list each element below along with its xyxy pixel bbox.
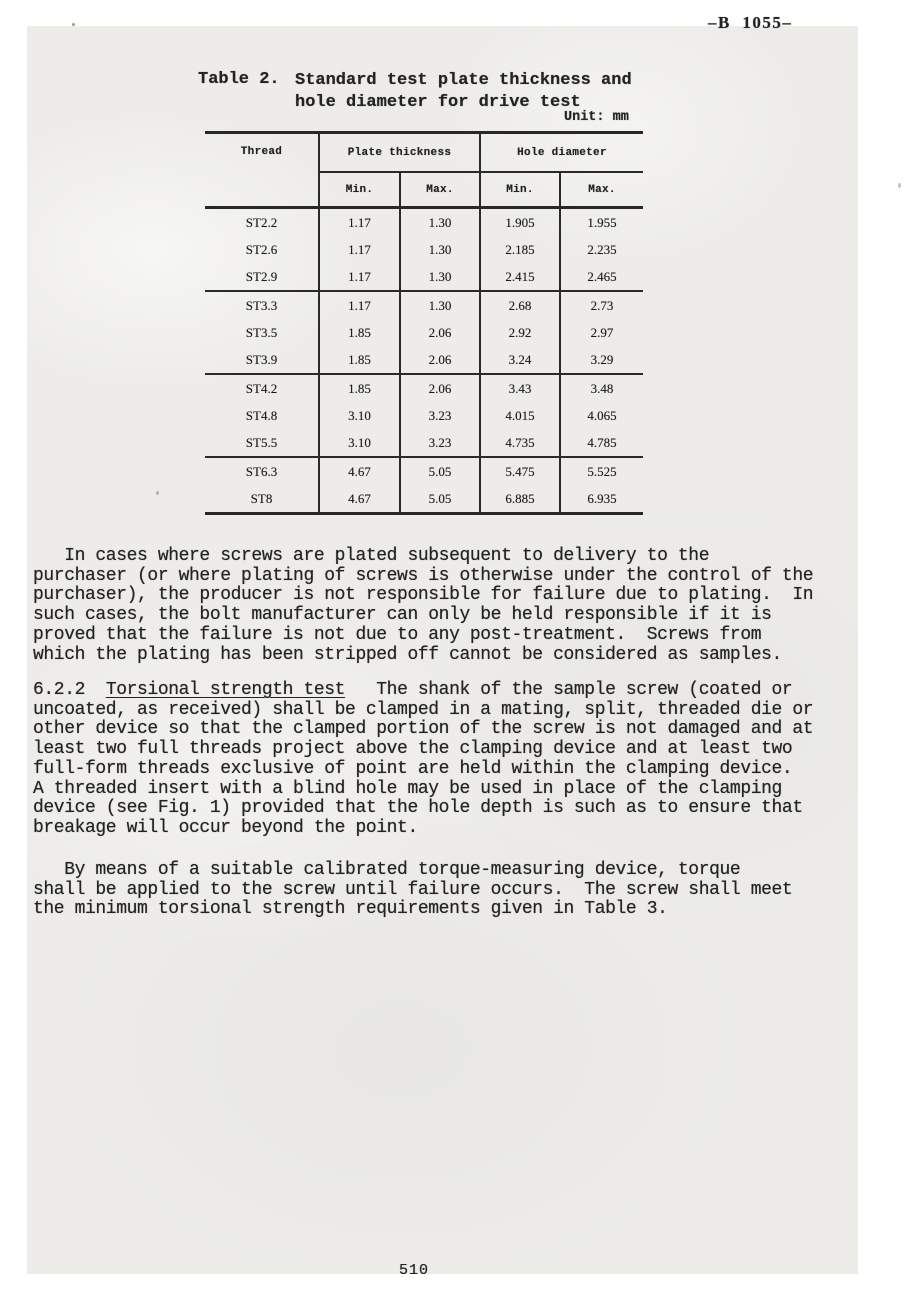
thread-cell: ST2.9 (205, 263, 319, 291)
table-row: ST3.5 1.85 2.06 2.92 2.97 (205, 319, 643, 346)
value-cell: 1.30 (400, 291, 480, 319)
value-cell: 2.235 (560, 236, 643, 263)
value-cell: 6.885 (480, 485, 560, 514)
thread-cell: ST6.3 (205, 457, 319, 485)
table-caption: Standard test plate thickness and hole d… (295, 70, 632, 114)
value-cell: 1.17 (319, 208, 400, 237)
hd-max-header: Max. (560, 172, 643, 208)
hd-min-header: Min. (480, 172, 560, 208)
value-cell: 4.67 (319, 485, 400, 514)
paragraph-torque: By means of a suitable calibrated torque… (33, 861, 792, 920)
value-cell: 2.73 (560, 291, 643, 319)
table-row: ST4.8 3.10 3.23 4.015 4.065 (205, 402, 643, 429)
thread-column-header: Thread (205, 133, 319, 208)
section-title: Torsional strength test (106, 680, 345, 700)
page-number-clipped: 510 (399, 1264, 447, 1274)
thread-cell: ST4.2 (205, 374, 319, 402)
value-cell: 4.785 (560, 429, 643, 457)
value-cell: 3.23 (400, 429, 480, 457)
page-number-text: 510 (399, 1264, 447, 1274)
value-cell: 3.10 (319, 402, 400, 429)
value-cell: 2.92 (480, 319, 560, 346)
thread-cell: ST3.3 (205, 291, 319, 319)
section-body: The shank of the sample screw (coated or… (33, 680, 813, 838)
scan-speck (898, 183, 901, 188)
value-cell: 1.30 (400, 208, 480, 237)
value-cell: 4.015 (480, 402, 560, 429)
unit-note: Unit: mm (564, 110, 629, 125)
thread-cell: ST4.8 (205, 402, 319, 429)
value-cell: 5.05 (400, 485, 480, 514)
value-cell: 1.17 (319, 291, 400, 319)
value-cell: 3.10 (319, 429, 400, 457)
paragraph-plating: In cases where screws are plated subsequ… (33, 547, 813, 665)
pt-max-header: Max. (400, 172, 480, 208)
value-cell: 4.065 (560, 402, 643, 429)
table-row: ST8 4.67 5.05 6.885 6.935 (205, 485, 643, 514)
hole-diameter-column-header: Hole diameter (480, 133, 643, 173)
value-cell: 1.17 (319, 236, 400, 263)
table-row: ST5.5 3.10 3.23 4.735 4.785 (205, 429, 643, 457)
table-row: ST4.2 1.85 2.06 3.43 3.48 (205, 374, 643, 402)
value-cell: 2.97 (560, 319, 643, 346)
thread-cell: ST2.2 (205, 208, 319, 237)
scan-speck (72, 23, 75, 26)
value-cell: 2.06 (400, 374, 480, 402)
thread-cell: ST5.5 (205, 429, 319, 457)
value-cell: 2.68 (480, 291, 560, 319)
value-cell: 1.30 (400, 263, 480, 291)
value-cell: 2.06 (400, 346, 480, 374)
test-plate-table: Thread Plate thickness Hole diameter Min… (205, 131, 643, 515)
page-ref-number: –B 1055– (708, 13, 792, 33)
value-cell: 6.935 (560, 485, 643, 514)
value-cell: 1.17 (319, 263, 400, 291)
value-cell: 5.05 (400, 457, 480, 485)
plate-thickness-column-header: Plate thickness (319, 133, 480, 173)
thread-cell: ST3.5 (205, 319, 319, 346)
value-cell: 2.415 (480, 263, 560, 291)
value-cell: 4.67 (319, 457, 400, 485)
value-cell: 3.29 (560, 346, 643, 374)
table-row: ST2.6 1.17 1.30 2.185 2.235 (205, 236, 643, 263)
table-caption-line1: Standard test plate thickness and (295, 71, 632, 90)
value-cell: 3.23 (400, 402, 480, 429)
value-cell: 5.475 (480, 457, 560, 485)
pt-min-header: Min. (319, 172, 400, 208)
value-cell: 1.955 (560, 208, 643, 237)
value-cell: 5.525 (560, 457, 643, 485)
thread-cell: ST8 (205, 485, 319, 514)
table-header-row: Thread Plate thickness Hole diameter (205, 133, 643, 173)
thread-cell: ST3.9 (205, 346, 319, 374)
value-cell: 1.85 (319, 374, 400, 402)
value-cell: 1.85 (319, 319, 400, 346)
table-caption-line2: hole diameter for drive test (295, 93, 581, 112)
value-cell: 3.48 (560, 374, 643, 402)
scan-speck (156, 491, 159, 495)
value-cell: 2.06 (400, 319, 480, 346)
scanned-document-page: –B 1055– Table 2. Standard test plate th… (0, 0, 920, 1302)
value-cell: 3.24 (480, 346, 560, 374)
table-row: ST3.9 1.85 2.06 3.24 3.29 (205, 346, 643, 374)
table-caption-label: Table 2. (198, 70, 280, 89)
value-cell: 3.43 (480, 374, 560, 402)
table-row: ST2.9 1.17 1.30 2.415 2.465 (205, 263, 643, 291)
thread-cell: ST2.6 (205, 236, 319, 263)
value-cell: 4.735 (480, 429, 560, 457)
table-row: ST2.2 1.17 1.30 1.905 1.955 (205, 208, 643, 237)
table-row: ST6.3 4.67 5.05 5.475 5.525 (205, 457, 643, 485)
value-cell: 2.465 (560, 263, 643, 291)
value-cell: 2.185 (480, 236, 560, 263)
section-number: 6.2.2 (33, 680, 106, 700)
value-cell: 1.85 (319, 346, 400, 374)
value-cell: 1.30 (400, 236, 480, 263)
table-row: ST3.3 1.17 1.30 2.68 2.73 (205, 291, 643, 319)
paragraph-torsional: 6.2.2 Torsional strength test The shank … (33, 681, 813, 839)
value-cell: 1.905 (480, 208, 560, 237)
